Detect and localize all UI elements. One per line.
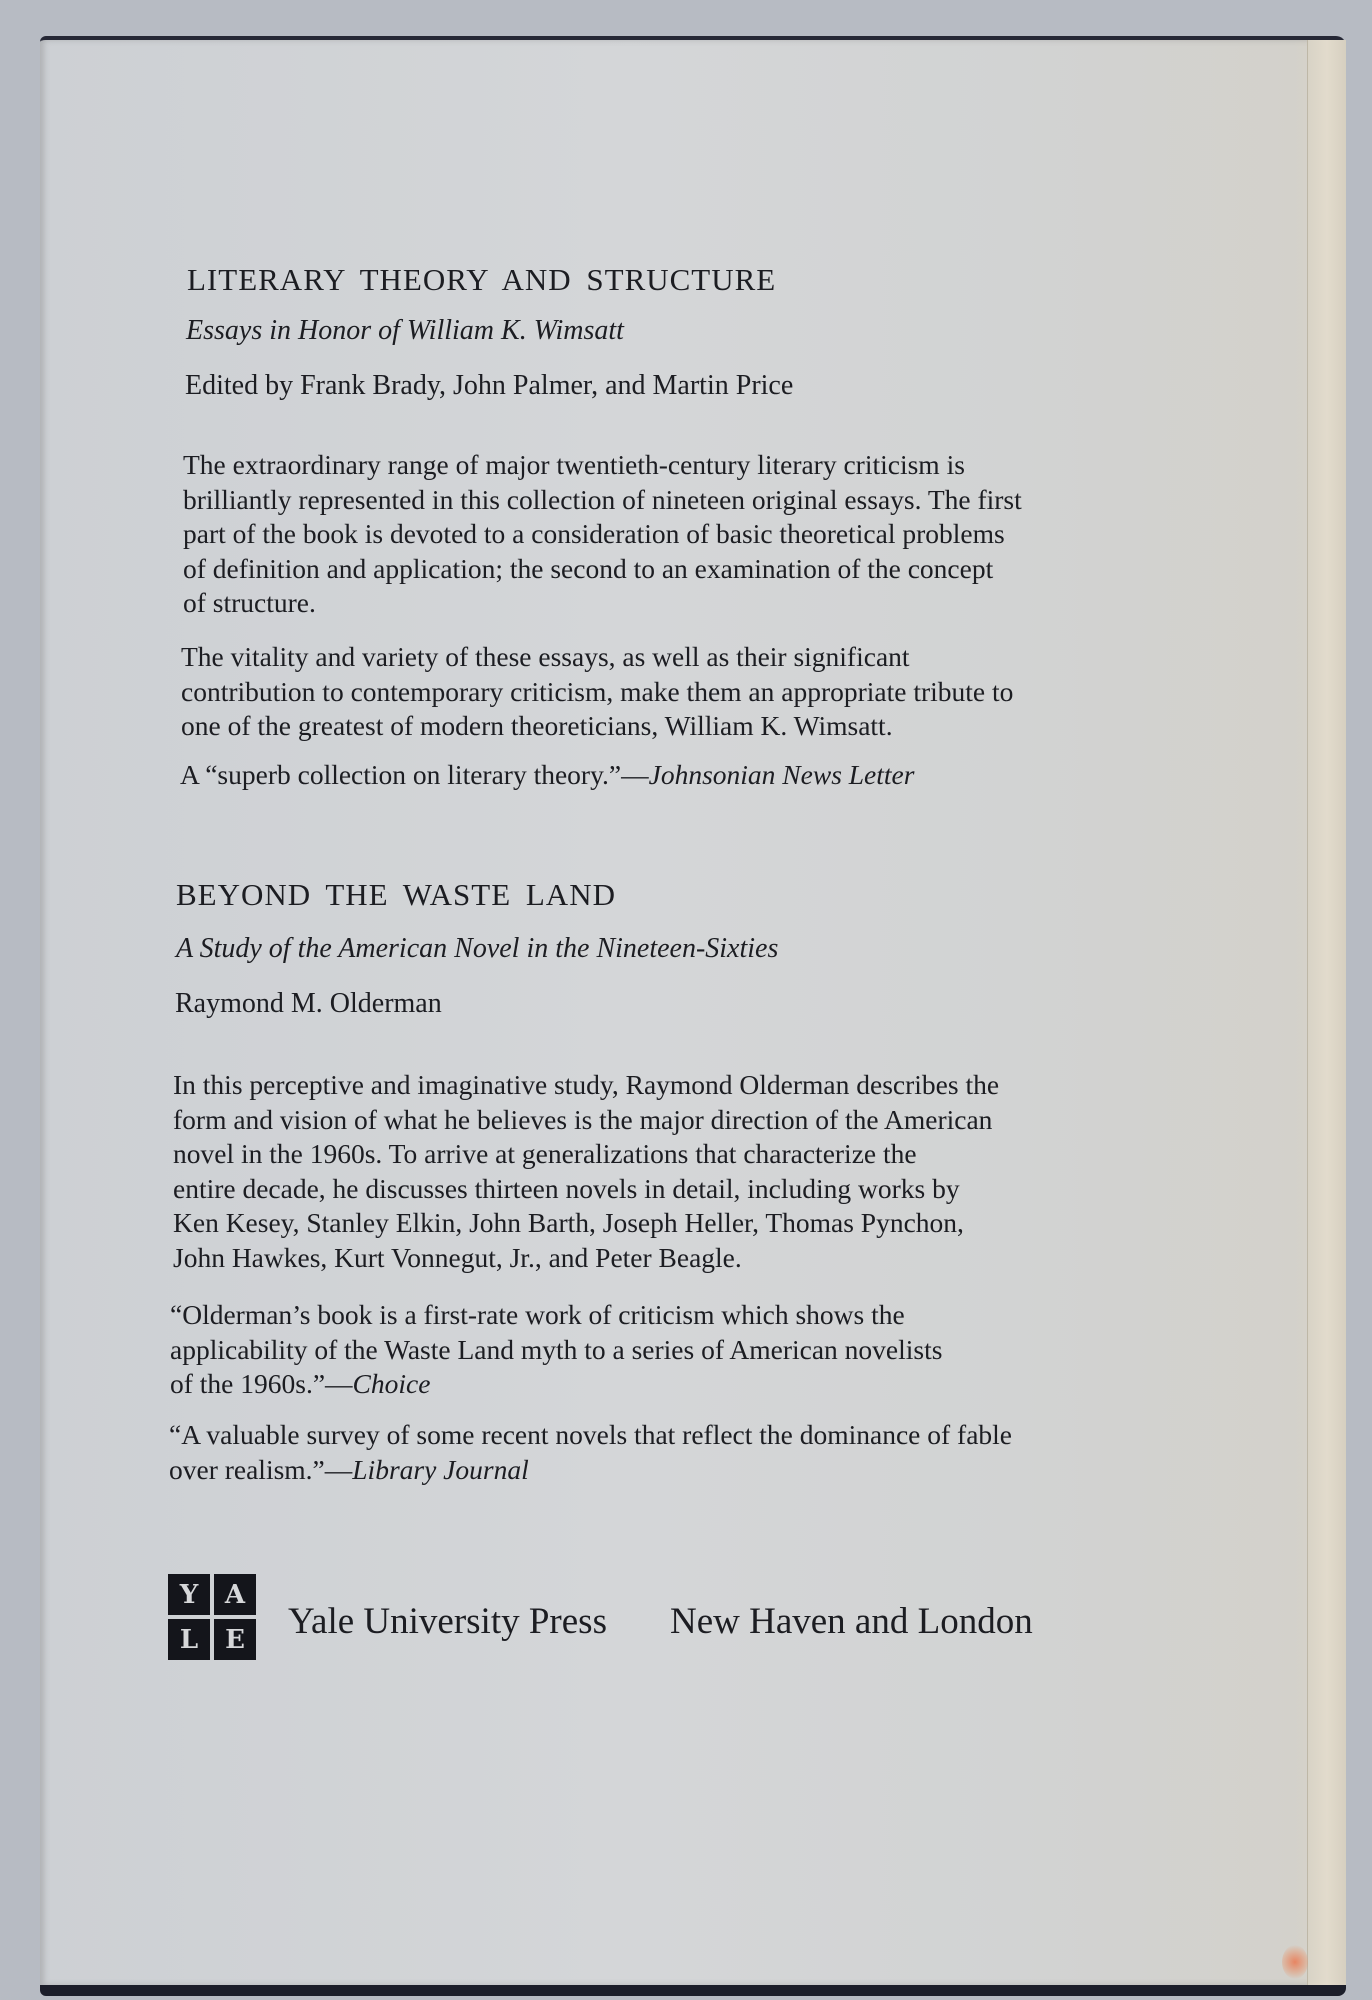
text-line: The extraordinary range of major twentie… xyxy=(183,448,1022,483)
book1-review: A “superb collection on literary theory.… xyxy=(180,758,914,793)
text-line: “A valuable survey of some recent novels… xyxy=(169,1418,1012,1453)
review-line: of the 1960s.”—Choice xyxy=(170,1367,942,1402)
book1-description-1: The extraordinary range of major twentie… xyxy=(183,448,1022,621)
yale-logo-icon: Y A L E xyxy=(168,1574,256,1660)
text-line: brilliantly represented in this collecti… xyxy=(183,483,1022,518)
review-source: Johnsonian News Letter xyxy=(649,759,915,790)
book2-byline: Raymond M. Olderman xyxy=(175,988,442,1020)
publisher-name: Yale University Press xyxy=(288,1600,607,1643)
review-line: over realism.”—Library Journal xyxy=(169,1453,1012,1488)
review-quote: of the 1960s.”— xyxy=(170,1368,353,1399)
review-line: A “superb collection on literary theory.… xyxy=(180,758,914,793)
text-line: novel in the 1960s. To arrive at general… xyxy=(173,1137,999,1172)
text-line: of definition and application; the secon… xyxy=(183,552,1022,587)
book2-title: BEYOND THE WASTE LAND xyxy=(176,877,616,913)
book2-subtitle: A Study of the American Novel in the Nin… xyxy=(176,933,778,965)
review-quote: A “superb collection on literary theory.… xyxy=(180,759,649,790)
logo-letter: Y xyxy=(168,1574,210,1615)
jacket-content: LITERARY THEORY AND STRUCTURE Essays in … xyxy=(0,0,1372,2000)
text-line: John Hawkes, Kurt Vonnegut, Jr., and Pet… xyxy=(173,1241,999,1276)
review-source: Library Journal xyxy=(352,1454,528,1485)
text-line: contribution to contemporary criticism, … xyxy=(181,675,1013,710)
text-line: one of the greatest of modern theoretici… xyxy=(181,709,1013,744)
text-line: In this perceptive and imaginative study… xyxy=(173,1068,999,1103)
review-quote: over realism.”— xyxy=(169,1454,352,1485)
logo-letter: L xyxy=(168,1619,210,1660)
logo-letter: A xyxy=(214,1574,256,1615)
text-line: form and vision of what he believes is t… xyxy=(173,1103,999,1138)
text-line: of structure. xyxy=(183,586,1022,621)
text-line: The vitality and variety of these essays… xyxy=(181,640,1013,675)
book1-description-2: The vitality and variety of these essays… xyxy=(181,640,1013,744)
logo-letter: E xyxy=(214,1619,256,1660)
book2-description: In this perceptive and imaginative study… xyxy=(173,1068,999,1275)
text-line: Ken Kesey, Stanley Elkin, John Barth, Jo… xyxy=(173,1206,999,1241)
text-line: entire decade, he discusses thirteen nov… xyxy=(173,1172,999,1207)
book2-review-2: “A valuable survey of some recent novels… xyxy=(169,1418,1012,1487)
publisher-location: New Haven and London xyxy=(670,1600,1033,1643)
book1-subtitle: Essays in Honor of William K. Wimsatt xyxy=(186,315,624,347)
text-line: part of the book is devoted to a conside… xyxy=(183,517,1022,552)
text-line: applicability of the Waste Land myth to … xyxy=(170,1333,942,1368)
review-source: Choice xyxy=(353,1368,431,1399)
book1-title: LITERARY THEORY AND STRUCTURE xyxy=(187,262,776,298)
book2-review-1: “Olderman’s book is a first-rate work of… xyxy=(170,1298,942,1402)
book1-byline: Edited by Frank Brady, John Palmer, and … xyxy=(185,370,793,402)
text-line: “Olderman’s book is a first-rate work of… xyxy=(170,1298,942,1333)
